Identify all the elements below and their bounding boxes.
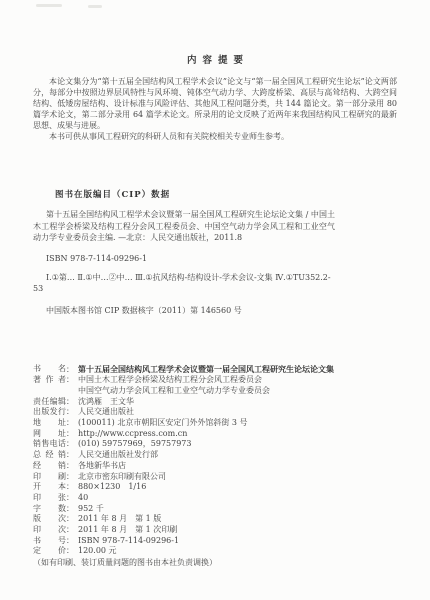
label-colon: ：: [66, 536, 74, 545]
field-label: 印刷: [33, 472, 66, 483]
field-value: 952 千: [78, 504, 104, 513]
cip-header: 图书在版编目（CIP）数据: [55, 188, 335, 200]
field-value: 2011 年 8 月 第 1 次印刷: [78, 525, 177, 534]
colophon-row-address: 地址：(100011) 北京市朝阳区安定门外外馆斜街 3 号: [33, 418, 397, 429]
label-colon: ：: [66, 482, 74, 491]
field-label: 总经销: [33, 450, 66, 461]
label-colon: ：: [66, 525, 74, 534]
field-label: 定价: [33, 546, 66, 557]
label-colon: ：: [66, 407, 74, 416]
colophon-row-author-continuation: 中国空气动力学会风工程和工业空气动力学专业委员会: [33, 386, 397, 397]
cip-isbn: ISBN 978-7-114-09296-1: [33, 254, 335, 263]
field-value: 中国土木工程学会桥梁及结构工程分会风工程委员会: [78, 375, 262, 384]
label-colon: ：: [66, 461, 74, 470]
field-value: 人民交通出版社: [78, 407, 134, 416]
label-colon: ：: [66, 546, 74, 555]
field-label: 字数: [33, 504, 66, 515]
summary-title: 内容提要: [33, 52, 397, 66]
field-value: 中国空气动力学会风工程和工业空气动力学专业委员会: [78, 386, 270, 395]
field-label: 网址: [33, 429, 66, 440]
cip-classification: Ⅰ.①第… Ⅱ.①中…②中… Ⅲ.①抗风结构-结构设计-学术会议-文集 Ⅳ.①T…: [33, 272, 335, 295]
label-colon: ：: [66, 418, 74, 427]
copyright-page: 内容提要 本论文集分为“第十五届全国结构风工程学术会议”论文与“第一届全国风工程…: [0, 0, 430, 600]
cip-section: 图书在版编目（CIP）数据 第十五届全国结构风工程学术会议暨第一届全国风工程研究…: [33, 188, 335, 316]
field-value: (100011) 北京市朝阳区安定门外外馆斜街 3 号: [78, 418, 248, 427]
label-colon: ：: [66, 397, 74, 406]
label-colon: ：: [66, 365, 74, 374]
label-colon: ：: [66, 493, 74, 502]
colophon-row-sales-phone: 销售电话：(010) 59757969，59757973: [33, 439, 397, 450]
field-value: 2011 年 8 月 第 1 版: [78, 514, 161, 523]
colophon-row-distributor: 总经销：人民交通出版社发行部: [33, 450, 397, 461]
scan-artifact: [36, 4, 62, 7]
website-url: http://www.ccpress.com.cn: [78, 429, 187, 438]
field-label: 销售电话: [33, 439, 66, 450]
field-label: 书名: [33, 364, 66, 375]
field-label: 经销: [33, 461, 66, 472]
colophon-row-website: 网址：http://www.ccpress.com.cn: [33, 429, 397, 440]
summary-paragraph-1: 本论文集分为“第十五届全国结构风工程学术会议”论文与“第一届全国风工程研究生论坛…: [33, 76, 397, 131]
colophon-row-sheets: 印张：40: [33, 493, 397, 504]
field-value: 北京市密东印刷有限公司: [78, 472, 166, 481]
page-content: 内容提要 本论文集分为“第十五届全国结构风工程学术会议”论文与“第一届全国风工程…: [0, 0, 430, 569]
field-label: 责任编辑: [33, 397, 66, 408]
colophon-row-editor: 责任编辑：沈鸿雁 王文华: [33, 397, 397, 408]
colophon-row-word-count: 字数：952 千: [33, 504, 397, 515]
field-value: 人民交通出版社发行部: [78, 450, 158, 459]
field-label: 开本: [33, 482, 66, 493]
book-title-value: 第十五届全国结构风工程学术会议暨第一届全国风工程研究生论坛论文集: [78, 364, 334, 374]
cip-bibliographic-paragraph: 第十五届全国结构风工程学术会议暨第一届全国风工程研究生论坛论文集 / 中国土木工…: [33, 209, 335, 244]
label-colon: ：: [66, 450, 74, 459]
colophon-row-price: 定价：120.00 元: [33, 546, 397, 557]
colophon-row-title: 书名：第十五届全国结构风工程学术会议暨第一届全国风工程研究生论坛论文集: [33, 364, 397, 376]
label-colon: ：: [66, 504, 74, 513]
scan-artifact: [88, 5, 102, 8]
label-colon: ：: [66, 472, 74, 481]
colophon-row-printer: 印刷：北京市密东印刷有限公司: [33, 472, 397, 483]
colophon-row-format: 开本：880×1230 1/16: [33, 482, 397, 493]
colophon-row-publisher: 出版发行：人民交通出版社: [33, 407, 397, 418]
field-label: 书号: [33, 536, 66, 547]
label-colon: ：: [66, 439, 74, 448]
field-label: 著作者: [33, 375, 66, 386]
isbn-value: ISBN 978-7-114-09296-1: [78, 536, 179, 545]
label-colon: ：: [66, 514, 74, 523]
quality-note: （如有印刷、装订质量问题的图书由本社负责调换）: [33, 558, 397, 569]
colophon-section: 书名：第十五届全国结构风工程学术会议暨第一届全国风工程研究生论坛论文集 著作者：…: [33, 364, 397, 569]
price-value: 120.00 元: [78, 546, 117, 555]
field-label: 版次: [33, 514, 66, 525]
colophon-row-seller: 经销：各地新华书店: [33, 461, 397, 472]
colophon-row-edition: 版次：2011 年 8 月 第 1 版: [33, 514, 397, 525]
label-colon: ：: [66, 375, 74, 384]
colophon-row-printing: 印次：2011 年 8 月 第 1 次印刷: [33, 525, 397, 536]
field-label: 出版发行: [33, 407, 66, 418]
cip-record-number: 中国版本图书馆 CIP 数据核字（2011）第 146560 号: [33, 305, 335, 316]
field-label: 印次: [33, 525, 66, 536]
field-value: 各地新华书店: [78, 461, 126, 470]
field-value: (010) 59757969，59757973: [78, 439, 192, 448]
colophon-row-isbn: 书号：ISBN 978-7-114-09296-1: [33, 536, 397, 547]
colophon-row-author: 著作者：中国土木工程学会桥梁及结构工程分会风工程委员会: [33, 375, 397, 386]
field-label: 地址: [33, 418, 66, 429]
field-label: 印张: [33, 493, 66, 504]
field-value: 880×1230 1/16: [78, 482, 146, 491]
field-value: 40: [78, 493, 88, 502]
label-colon: ：: [66, 429, 74, 438]
content-summary-section: 内容提要 本论文集分为“第十五届全国结构风工程学术会议”论文与“第一届全国风工程…: [33, 52, 397, 142]
field-value: 沈鸿雁 王文华: [78, 397, 134, 406]
summary-paragraph-2: 本书可供从事风工程研究的科研人员和有关院校相关专业师生参考。: [33, 131, 397, 142]
